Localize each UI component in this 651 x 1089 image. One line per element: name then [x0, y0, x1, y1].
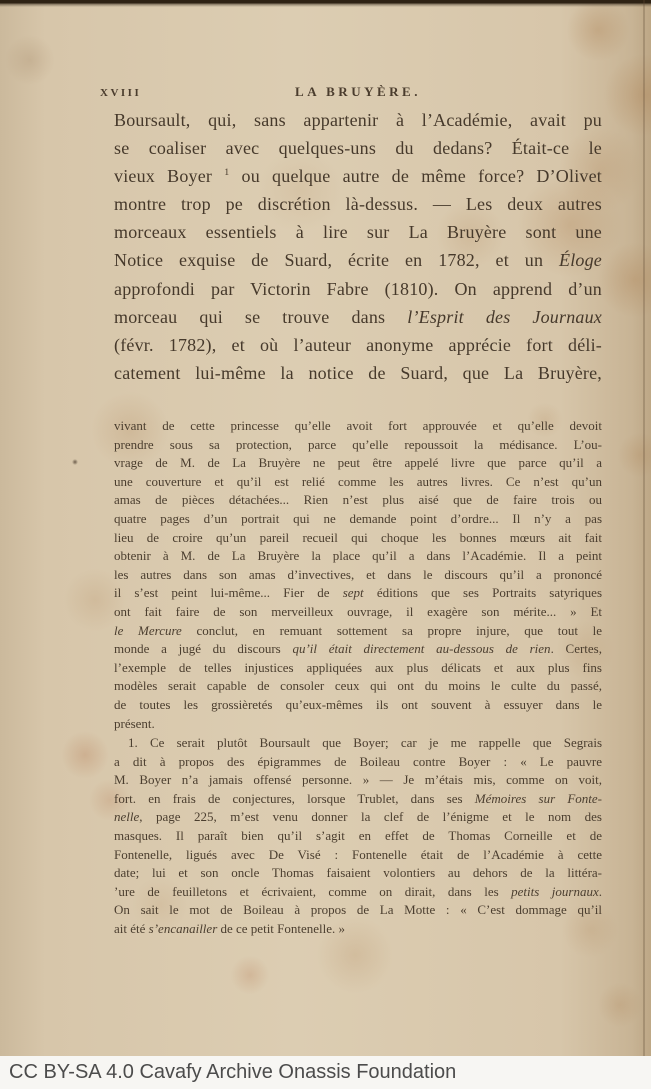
text-line: ’ure de feuilletons et écrivaient, comme… — [114, 883, 602, 902]
text-line: l’exemple de telles injustices appliquée… — [114, 659, 602, 678]
text-line: catement lui-même la notice de Suard, qu… — [114, 359, 602, 387]
text-line: date; lui et son oncle Thomas faisaient … — [114, 864, 602, 883]
text-line: monde a jugé du discours qu’il était dir… — [114, 640, 602, 659]
text-line: ait été s’encanailler de ce petit Fonten… — [114, 920, 602, 939]
text-line: prendre sous sa protection, parce qu’ell… — [114, 436, 602, 455]
quote-excerpt-block: vivant de cette princesse qu’elle avoit … — [114, 417, 602, 733]
text-line: vrage de M. de La Bruyère ne peut être a… — [114, 454, 602, 473]
text-line: obtenir à M. de La Bruyère la place qu’i… — [114, 547, 602, 566]
text-line: les autres dans son amas d’invectives, e… — [114, 566, 602, 585]
text-line: Fontenelle, ligués avec De Visé : Fonten… — [114, 846, 602, 865]
page-number: XVIII — [100, 87, 141, 99]
text-line: (févr. 1782), et où l’auteur anonyme app… — [114, 331, 602, 359]
page-header: XVIII LA BRUYÈRE. — [0, 84, 651, 102]
main-paragraph: Boursault, qui, sans appartenir à l’Acad… — [114, 106, 602, 387]
text-line: nelle, page 225, m’est venu donner la cl… — [114, 808, 602, 827]
text-line: morceaux essentiels à lire sur La Bruyèr… — [114, 218, 602, 246]
text-line: le Mercure conclut, en remuant sottement… — [114, 622, 602, 641]
text-line: quatre pages d’un portrait qui ne demand… — [114, 510, 602, 529]
license-bar: CC BY-SA 4.0 Cavafy Archive Onassis Foun… — [0, 1056, 651, 1089]
text-line: 1. Ce serait plutôt Boursault que Boyer;… — [114, 734, 602, 753]
text-line: Boursault, qui, sans appartenir à l’Acad… — [114, 106, 602, 134]
text-line: a dit à propos des épigrammes de Boileau… — [114, 753, 602, 772]
running-title: LA BRUYÈRE. — [295, 84, 421, 100]
text-line: Notice exquise de Suard, écrite en 1782,… — [114, 246, 602, 274]
text-line: modèles serait capable de consoler ceux … — [114, 677, 602, 696]
scan-top-edge — [0, 0, 651, 7]
text-line: M. Boyer n’a jamais offensé personne. » … — [114, 771, 602, 790]
text-line: de toutes les grossièretés qu’eux-mêmes … — [114, 696, 602, 715]
text-line: masques. Il paraît bien qu’il s’agit en … — [114, 827, 602, 846]
text-line: lieu de croire qu’un pareil recueil qui … — [114, 529, 602, 548]
text-line: il s’est peint lui-même... Fier de sept … — [114, 584, 602, 603]
text-line: vivant de cette princesse qu’elle avoit … — [114, 417, 602, 436]
page-edge-shadow — [643, 0, 645, 1056]
license-text: CC BY-SA 4.0 Cavafy Archive Onassis Foun… — [9, 1061, 456, 1083]
footnote-block: 1. Ce serait plutôt Boursault que Boyer;… — [114, 734, 602, 939]
text-line: morceau qui se trouve dans l’Esprit des … — [114, 303, 602, 331]
text-line: montre trop pe discrétion là-dessus. — L… — [114, 190, 602, 218]
text-line: On sait le mot de Boileau à propos de La… — [114, 901, 602, 920]
text-line: une couverture et qu’il est relié comme … — [114, 473, 602, 492]
text-line: ont fait faire de son merveilleux ouvrag… — [114, 603, 602, 622]
text-line: fort. en frais de conjectures, lorsque T… — [114, 790, 602, 809]
text-line: présent. — [114, 715, 602, 734]
text-line: amas de pièces détachées... Rien n’est p… — [114, 491, 602, 510]
text-line: vieux Boyer 1 ou quelque autre de même f… — [114, 162, 602, 190]
text-line: approfondi par Victorin Fabre (1810). On… — [114, 275, 602, 303]
scanned-book-page: XVIII LA BRUYÈRE. Boursault, qui, sans a… — [0, 0, 651, 1089]
text-line: se coaliser avec quelques-uns du dedans?… — [114, 134, 602, 162]
